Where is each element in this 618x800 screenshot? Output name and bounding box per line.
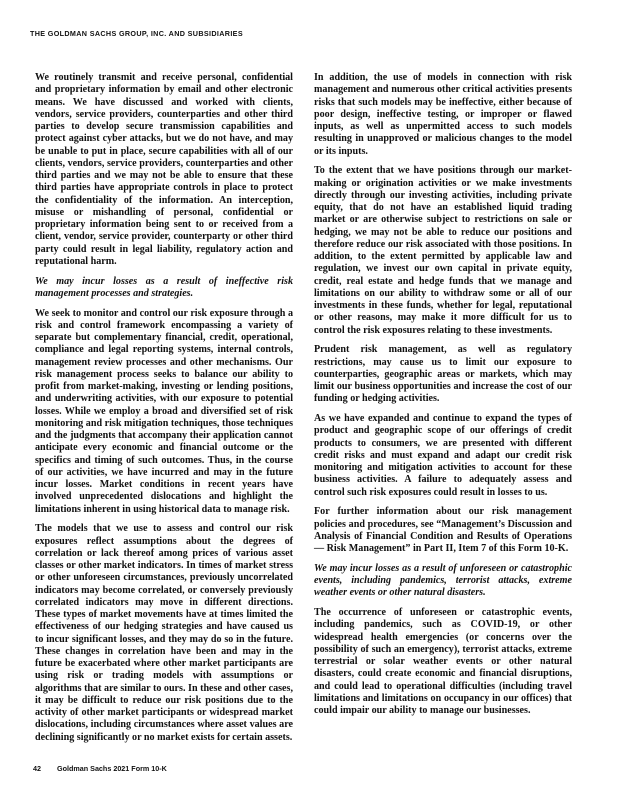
document-title: Goldman Sachs 2021 Form 10-K [57,764,167,773]
body-paragraph: To the extent that we have positions thr… [314,165,572,337]
body-paragraph: The occurrence of unforeseen or catastro… [314,607,572,717]
body-paragraph: As we have expanded and continue to expa… [314,413,572,499]
right-column: In addition, the use of models in connec… [314,72,572,725]
body-paragraph: Prudent risk management, as well as regu… [314,344,572,405]
body-paragraph: For further information about our risk m… [314,506,572,555]
left-column: We routinely transmit and receive person… [35,72,293,751]
body-paragraph: In addition, the use of models in connec… [314,72,572,158]
risk-factor-heading: We may incur losses as a result of unfor… [314,563,572,600]
body-paragraph: We routinely transmit and receive person… [35,72,293,268]
risk-factor-heading: We may incur losses as a result of ineff… [35,276,293,301]
page-footer: 42 Goldman Sachs 2021 Form 10-K [33,764,167,773]
body-paragraph: The models that we use to assess and con… [35,523,293,744]
running-head: The Goldman Sachs Group, Inc. and Subsid… [30,29,243,38]
body-paragraph: We seek to monitor and control our risk … [35,308,293,516]
page-number: 42 [33,764,55,773]
